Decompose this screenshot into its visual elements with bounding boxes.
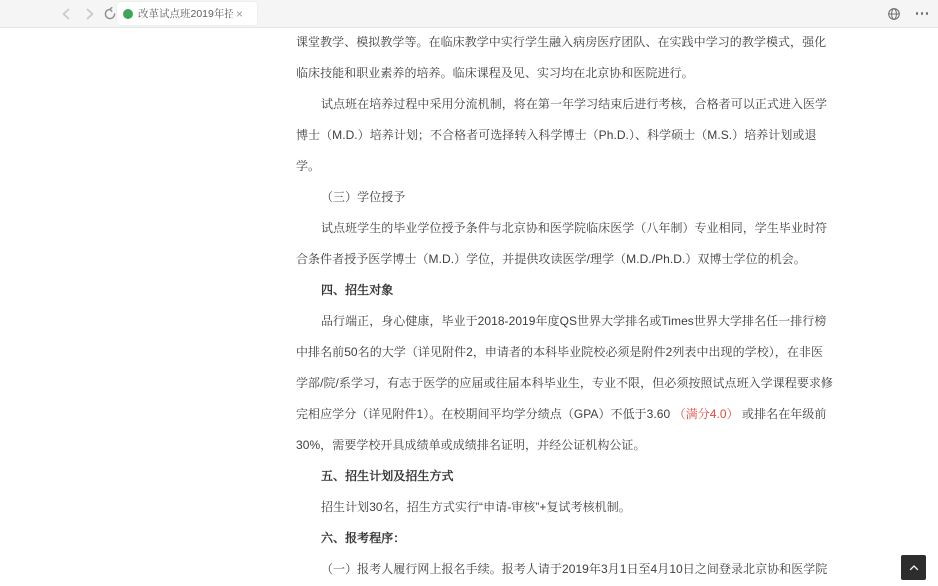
refresh-icon [102,6,118,22]
back-icon [58,5,76,23]
document-line: 四、招生对象 [296,275,856,306]
document-line: 试点班在培养过程中采用分流机制，将在第一年学习结束后进行考核，合格者可以正式进入… [296,89,856,120]
forward-button[interactable] [79,4,98,23]
document-line: 学。 [296,151,856,182]
forward-icon [80,5,98,23]
site-favicon-icon [123,9,133,19]
document-line: 合条件者授予医学博士（M.D.）学位，并提供攻读医学/理学（M.D./Ph.D.… [296,244,856,275]
globe-icon [887,7,901,21]
gpa-full-score-highlight: （满分4.0） [674,407,739,421]
document-line: 试点班学生的毕业学位授予条件与北京协和医学院临床医学（八年制）专业相同，学生毕业… [296,213,856,244]
tab-title: 改革试点班2019年招收本科毕 [138,6,233,21]
document-line: 六、报考程序： [296,523,856,554]
back-button[interactable] [57,4,76,23]
tab-close-icon[interactable]: × [236,8,243,20]
document-line: （三）学位授予 [296,182,856,213]
document-line: 品行端正，身心健康，毕业于2018-2019年度QS世界大学排名或Times世界… [296,306,856,337]
chevron-up-icon [908,562,920,574]
document-line: 临床技能和职业素养的培养。临床课程及见、实习均在北京协和医院进行。 [296,58,856,89]
browser-window: 改革试点班2019年招收本科毕 × 课堂教学、模拟教学等。在临床教学中实行学生融… [0,0,938,586]
document-line: 完相应学分（详见附件1）。在校期间平均学分绩点（GPA）不低于3.60 （满分4… [296,399,856,430]
document-line: 招生计划30名，招生方式实行“申请-审核”+复试考核机制。 [296,492,856,523]
document-line: 课堂教学、模拟教学等。在临床教学中实行学生融入病房医疗团队、在实践中学习的教学模… [296,27,856,58]
document-line: 中排名前50名的大学（详见附件2，申请者的本科毕业院校必须是附件2列表中出现的学… [296,337,856,368]
document-line: 30%，需要学校开具成绩单或成绩排名证明，并经公证机构公证。 [296,430,856,461]
browser-chrome: 改革试点班2019年招收本科毕 × [0,0,938,28]
document-content: 课堂教学、模拟教学等。在临床教学中实行学生融入病房医疗团队、在实践中学习的教学模… [296,27,856,585]
ellipsis-icon [916,12,918,14]
browser-tab[interactable]: 改革试点班2019年招收本科毕 × [117,2,257,25]
scroll-to-top-button[interactable] [901,555,926,580]
document-line: 博士（M.D.）培养计划；不合格者可选择转入科学博士（Ph.D.）、科学硕士（M… [296,120,856,151]
document-line: 学部/院/系学习，有志于医学的应届或往届本科毕业生，专业不限，但必须按照试点班入… [296,368,856,399]
language-globe-button[interactable] [887,7,901,21]
more-menu-button[interactable] [914,8,930,18]
document-line: （一）报考人履行网上报名手续。报考人请于2019年3月1日至4月10日之间登录北… [296,554,856,585]
document-line: 五、招生计划及招生方式 [296,461,856,492]
